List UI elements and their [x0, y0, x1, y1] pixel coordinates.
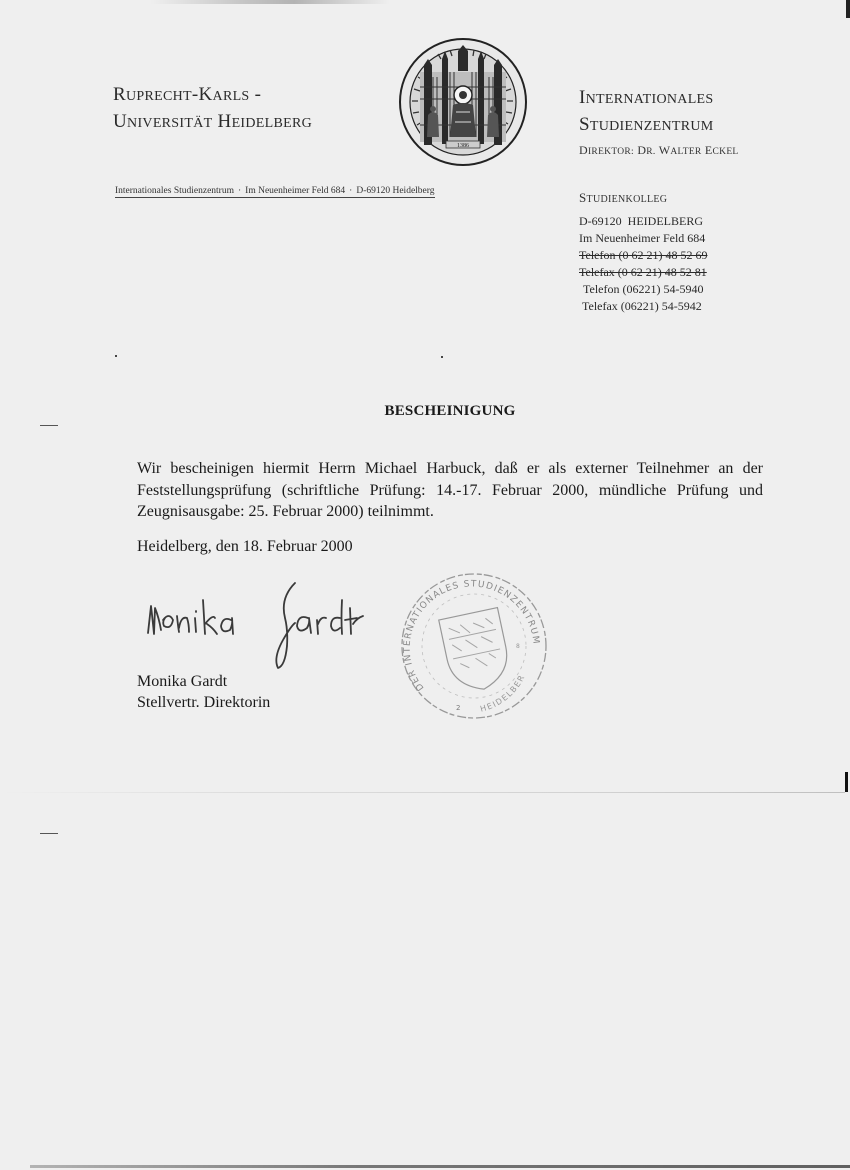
department-name: STUDIENKOLLEG [579, 190, 667, 206]
fold-mark [40, 425, 58, 426]
institute-name: INTERNATIONALES STUDIENZENTRUM [579, 85, 714, 139]
contact-fax: Telefax (06221) 54-5942 [579, 298, 707, 315]
svg-text:2: 2 [456, 704, 460, 712]
institute-name-line1: INTERNATIONALES [579, 85, 714, 112]
svg-text:8: 8 [516, 643, 520, 650]
address-window-mark [115, 355, 117, 357]
document-title: BESCHEINIGUNG [0, 403, 850, 420]
signer-title: Stellvertr. Direktorin [137, 692, 270, 713]
university-name-line1: RUPRECHT-KARLS - [113, 82, 312, 109]
scan-artifact-edge [846, 0, 850, 18]
return-address-part: D-69120 Heidelberg [356, 186, 434, 196]
contact-street: Im Neuenheimer Feld 684 [579, 230, 707, 247]
place-and-date: Heidelberg, den 18. Februar 2000 [137, 538, 353, 556]
university-name-line2: UNIVERSITÄT HEIDELBERG [113, 109, 312, 136]
contact-phone: Telefon (06221) 54-5940 [579, 281, 707, 298]
paper-bottom-edge [30, 1165, 850, 1168]
return-address-line: Internationales Studienzentrum·Im Neuenh… [115, 186, 435, 198]
institute-name-line2: STUDIENZENTRUM [579, 112, 714, 139]
contact-city: D-69120 HEIDELBERG [579, 213, 707, 230]
contact-block: D-69120 HEIDELBERG Im Neuenheimer Feld 6… [579, 213, 707, 315]
address-window-mark [441, 356, 443, 358]
handwritten-signature [145, 578, 375, 673]
director-line: DIREKTOR: DR. WALTER ECKEL [579, 143, 739, 158]
official-stamp-icon: DER INTERNATIONALES STUDIENZENTRUM HEIDE… [394, 568, 554, 723]
scan-artifact-edge [845, 772, 848, 792]
return-address-part: Im Neuenheimer Feld 684 [245, 186, 345, 196]
certificate-body: Wir bescheinigen hiermit Herrn Michael H… [137, 458, 763, 523]
university-seal-icon: 1386 [398, 37, 528, 167]
return-address-part: Internationales Studienzentrum [115, 186, 234, 196]
contact-old-fax: Telefax (0 62 21) 48 52 81 [579, 264, 707, 281]
university-name: RUPRECHT-KARLS - UNIVERSITÄT HEIDELBERG [113, 82, 312, 136]
contact-old-phone: Telefon (0 62 21) 48 52 69 [579, 247, 707, 264]
punch-mark [40, 833, 58, 834]
signer-name: Monika Gardt [137, 671, 227, 692]
paper-fold-line [0, 792, 845, 793]
svg-text:1386: 1386 [457, 143, 469, 149]
scan-artifact-top [150, 0, 390, 4]
